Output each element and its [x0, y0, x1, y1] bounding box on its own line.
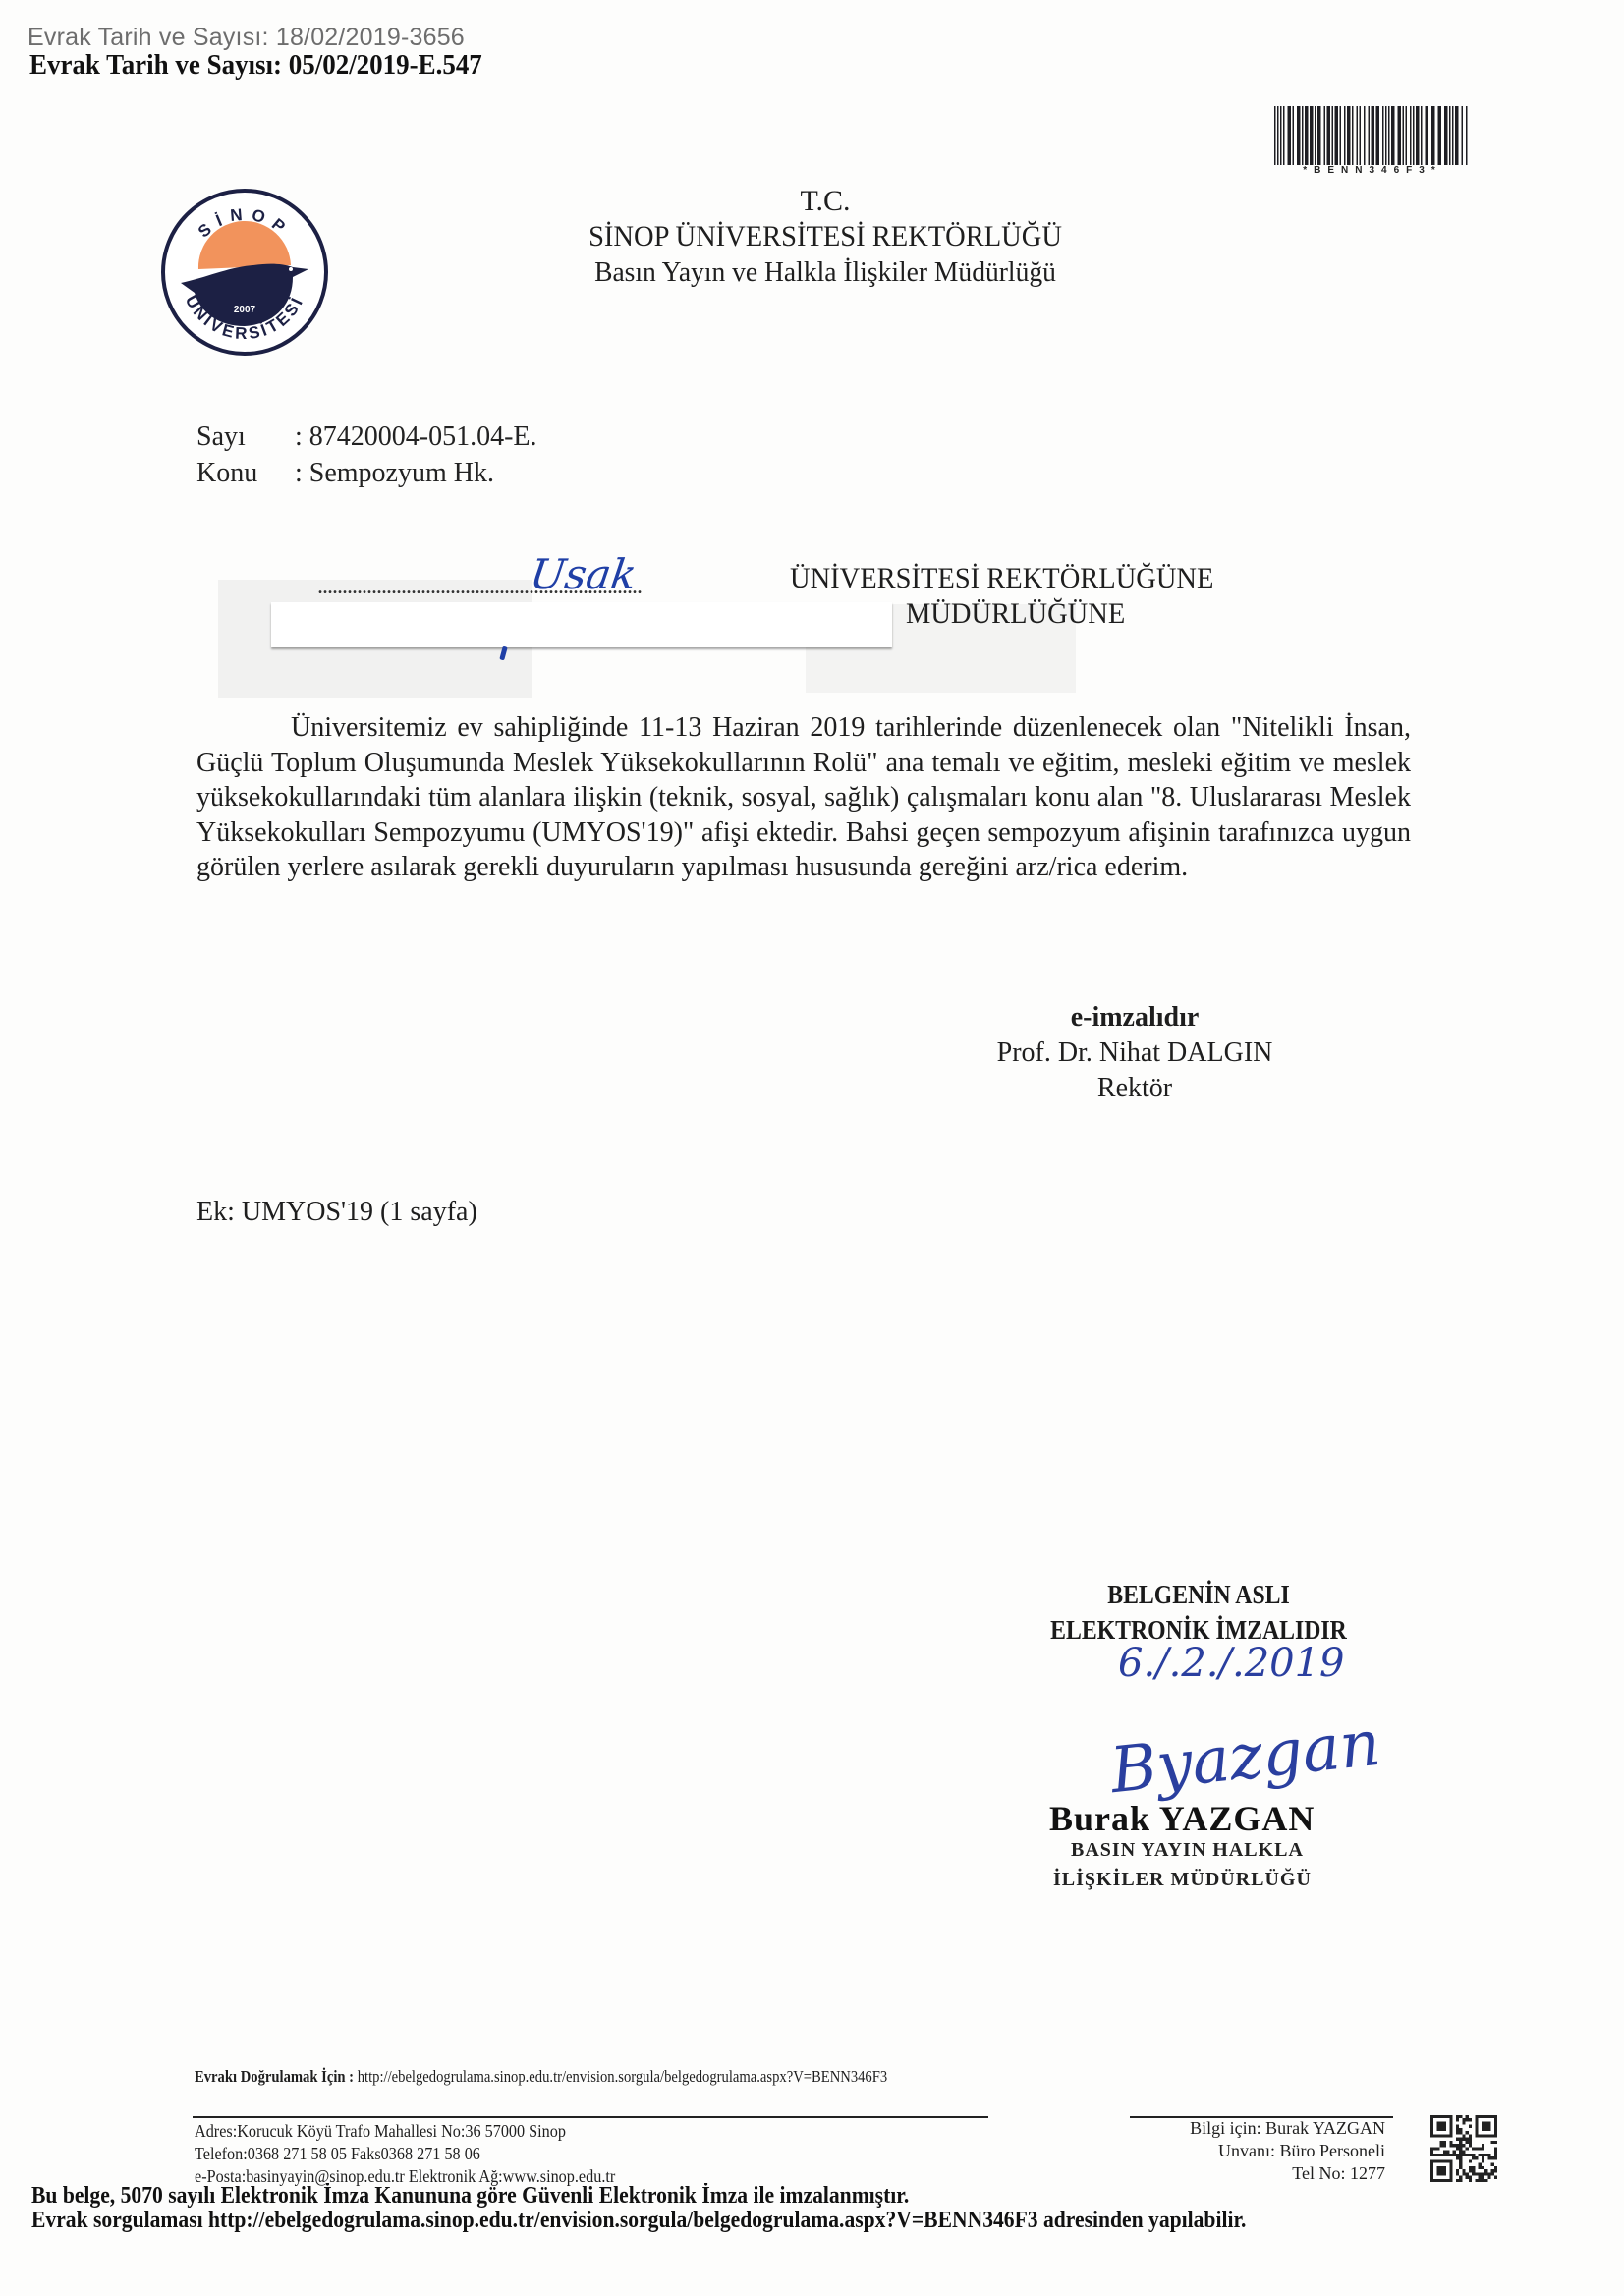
- sayi-row: Sayı : 87420004-051.04-E.: [196, 419, 537, 455]
- signatory-name: Prof. Dr. Nihat DALGIN: [973, 1036, 1297, 1071]
- contact-tel: Tel No: 1277: [1100, 2162, 1385, 2185]
- stamp-department-line-2: İLİŞKİLER MÜDÜRLÜĞÜ: [1053, 1869, 1312, 1891]
- sayi-label: Sayı: [196, 419, 295, 455]
- redaction-box: [271, 602, 892, 647]
- signature-status: e-imzalıdır: [973, 1000, 1297, 1036]
- konu-value: : Sempozyum Hk.: [295, 455, 494, 491]
- footer-address: Adres:Korucuk Köyü Trafo Mahallesi No:36…: [195, 2120, 615, 2143]
- letter-body: Üniversitemiz ev sahipliğinde 11-13 Hazi…: [196, 710, 1411, 885]
- addressee-line-1: ÜNİVERSİTESİ REKTÖRLÜĞÜNE: [790, 562, 1213, 595]
- legal-verification-notice: Evrak sorgulaması http://ebelgedogrulama…: [31, 2208, 1246, 2234]
- header-tc: T.C.: [491, 184, 1159, 219]
- attachment-note: Ek: UMYOS'19 (1 sayfa): [196, 1197, 477, 1228]
- footer-divider: [193, 2116, 988, 2118]
- footer-contact-block: Bilgi için: Burak YAZGAN Unvanı: Büro Pe…: [1100, 2117, 1385, 2185]
- certification-line-1: BELGENİN ASLI: [1043, 1577, 1355, 1612]
- handwritten-signature: Byazgan: [1107, 1708, 1384, 1808]
- letterhead: T.C. SİNOP ÜNİVERSİTESİ REKTÖRLÜĞÜ Basın…: [491, 184, 1159, 290]
- university-logo-icon: 2007 SİNOP ÜNİVERSİTESİ: [159, 187, 330, 358]
- addressee-line-2: MÜDÜRLÜĞÜNE: [906, 597, 1125, 631]
- signature-block: e-imzalıdır Prof. Dr. Nihat DALGIN Rektö…: [973, 1000, 1297, 1106]
- document-meta: Sayı : 87420004-051.04-E. Konu : Sempozy…: [196, 419, 537, 491]
- contact-person: Bilgi için: Burak YAZGAN: [1100, 2117, 1385, 2140]
- signatory-title: Rektör: [973, 1071, 1297, 1106]
- handwritten-date: 6./.2./.2019: [1118, 1641, 1345, 1686]
- sayi-value: : 87420004-051.04-E.: [295, 419, 537, 455]
- outgoing-document-stamp: Evrak Tarih ve Sayısı: 05/02/2019-E.547: [29, 49, 482, 82]
- verify-url-link[interactable]: http://ebelgedogrulama.sinop.edu.tr/envi…: [358, 2067, 887, 2086]
- incoming-document-stamp: Evrak Tarih ve Sayısı: 18/02/2019-3656: [28, 24, 465, 52]
- barcode-text: *BENN346F3*: [1274, 165, 1471, 176]
- legal-esignature-notice: Bu belge, 5070 sayılı Elektronik İmza Ka…: [31, 2183, 909, 2210]
- footer-address-block: Adres:Korucuk Köyü Trafo Mahallesi No:36…: [195, 2120, 615, 2188]
- body-paragraph: Üniversitemiz ev sahipliğinde 11-13 Hazi…: [196, 710, 1411, 885]
- certification-stamp: BELGENİN ASLI ELEKTRONİK İMZALIDIR: [1043, 1577, 1355, 1648]
- konu-label: Konu: [196, 455, 295, 491]
- qr-code-icon: [1430, 2115, 1497, 2182]
- verify-label: Evrakı Doğrulamak İçin :: [195, 2067, 354, 2086]
- konu-row: Konu : Sempozyum Hk.: [196, 455, 537, 491]
- header-university: SİNOP ÜNİVERSİTESİ REKTÖRLÜĞÜ: [508, 219, 1143, 254]
- contact-title: Unvanı: Büro Personeli: [1100, 2140, 1385, 2162]
- barcode-icon: [1274, 106, 1471, 165]
- stamp-department-line-1: BASIN YAYIN HALKLA: [1071, 1839, 1304, 1862]
- verification-line: Evrakı Doğrulamak İçin : http://ebelgedo…: [195, 2067, 887, 2087]
- handwritten-university-name: Usak: [528, 550, 640, 598]
- footer-phone: Telefon:0368 271 58 05 Faks0368 271 58 0…: [195, 2143, 615, 2165]
- stamp-name: Burak YAZGAN: [1049, 1798, 1315, 1839]
- header-department: Basın Yayın ve Halkla İlişkiler Müdürlüğ…: [508, 254, 1143, 290]
- svg-text:2007: 2007: [234, 305, 256, 315]
